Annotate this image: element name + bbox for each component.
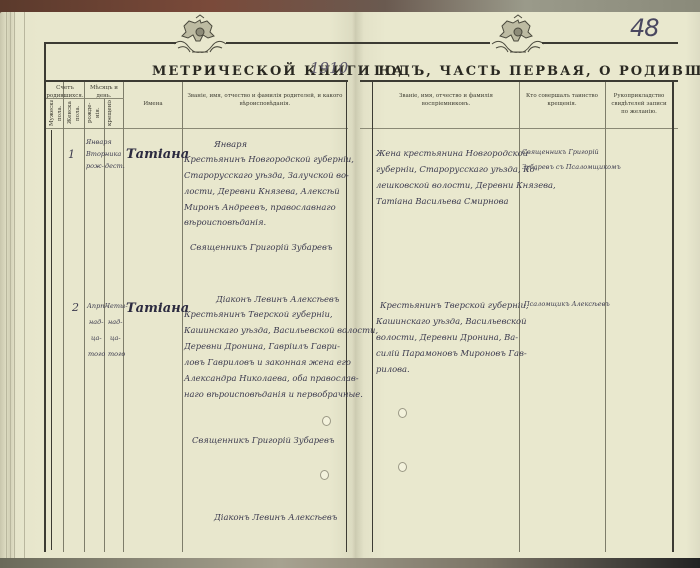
record-baptized-date-cont: над- [108,318,122,327]
page-stack-edge [6,12,7,560]
subheader-divider [46,98,124,99]
record-month: Января [86,138,112,147]
record-parents-line: Миронъ Андреевъ, православнаго [184,200,336,215]
record-clergy-signature: Священникъ Григорій Зубаревъ [190,240,332,255]
record-baptized-date: Четы- [105,302,128,311]
frame-top-line [226,42,490,44]
record-parents-line: Старорусскаго уѣзда, Залучской во- [184,168,349,183]
page-stack-edge [14,12,15,560]
record-clergy-signature: Священникъ Григорій Зубаревъ [192,433,334,448]
header-born: рожде-нія. [86,100,102,126]
page-title-right: ГОДЪ, ЧАСТЬ ПЕРВАЯ, О РОДИВШИХСЯ. [374,64,700,79]
record-born-date-cont: ца- [91,334,102,343]
record-deacon-signature: Діаконъ Левинъ Алексѣевъ [214,510,337,525]
header-birth-count: Счетъ родившихся. [46,84,84,98]
column-divider [605,82,606,552]
frame-top-line [542,42,678,44]
record-baptized-date: ника [105,150,121,159]
record-godparents-line: губерніи, Старорусскаго уѣзда, Ко- [376,162,538,177]
record-born-date: над- [89,318,103,327]
page-stack-edge [24,12,25,560]
record-parents-line: лости, Деревни Князева, Алексѣй [184,184,340,199]
record-born-date-cont: рож- [86,162,104,171]
record-number: 1 [68,147,75,162]
record-parents-line: Января [214,137,247,152]
record-born-date-cont: того [88,350,105,359]
record-godparents-line: силій Парамоновъ Мироновъ Гав- [376,346,527,361]
binding-hole [320,470,329,480]
record-godparents-line: Крестьянинъ Тверской губерніи, [380,298,529,313]
page-number: 48 [630,14,659,42]
record-parents-line: наго вѣроисповѣданія и первобрачные. [184,387,363,402]
book-bottom-edge [0,558,700,568]
record-performed-by-line: Псаломщикъ Алексѣевъ [524,300,610,309]
header-name: Имена родившихся. [124,100,182,110]
double-headed-eagle-icon [172,14,228,60]
record-godparents-line: лешковской волости, Деревни Князева, [376,178,556,193]
record-performed-by-line: Зубаревъ съ Псаломщикомъ [522,163,621,172]
binding-hole [398,408,407,418]
year-value: 1910 [310,59,348,77]
header-performed-by: Кто совершалъ таинство крещенія. [522,92,602,114]
record-parents-line: Крестьянинъ Новгородской губерніи, [184,152,354,167]
header-month-day: Мѣсяцъ и день. [85,84,123,98]
header-baptized: крещенія. [106,100,122,126]
record-godparents-line: волости, Деревни Дронина, Ва- [376,330,518,345]
column-divider [84,82,85,552]
record-godparents-line: рилова. [376,362,410,377]
record-parents-line: Крестьянинъ Тверской губерніи, [184,307,333,322]
column-divider [63,82,64,552]
frame-top-line [44,42,176,44]
record-number: 2 [72,300,79,315]
double-headed-eagle-icon [490,14,546,60]
record-parents-line: ловъ Гавриловъ и законная жена его [184,355,351,370]
table-header-top [46,80,348,82]
record-baptized-date-cont: дест. [105,162,125,171]
column-divider [51,130,52,550]
record-child-name: Татіана [126,147,189,162]
record-parents-line: Діаконъ Левинъ Алексѣевъ [216,292,339,307]
page-stack-edge [10,12,11,560]
record-parents-line: Деревни Дронина, Гавріилъ Гаври- [184,339,340,354]
column-divider [372,82,373,552]
header-female: Женска пола. [66,100,80,126]
record-parents-line: вѣроисповѣданія. [184,215,266,230]
header-signatures: Рукоприкладство свидѣтелей записи по жел… [607,92,671,114]
record-godparents-line: Татіана Васильева Смирнова [376,194,509,209]
binding-hole [398,462,407,472]
record-baptized-date-cont: ца- [110,334,121,343]
binding-hole [322,416,331,426]
header-godparents: Званіе, имя, отчество и фамилія воспріем… [376,92,516,114]
record-parents-line: Александра Николаева, оба православ- [184,371,359,386]
page-title-left: МЕТРИЧЕСКОЙ КНИГИ НА [152,64,405,79]
header-parents: Званіе, имя, отчество и фамилія родителе… [186,92,344,114]
table-header-bottom [46,128,348,129]
table-left-border [44,42,46,552]
record-child-name: Татіана [126,301,189,316]
record-baptized-date-cont: того [108,350,125,359]
column-divider [123,82,124,552]
header-male: Мужеска пола. [48,100,62,126]
table-right-border [672,82,674,552]
record-godparents-line: Кашинскаго уѣзда, Васильевской [376,314,526,329]
record-godparents-line: Жена крестьянина Новгородской [376,146,528,161]
record-performed-by-line: Священникъ Григорій [522,148,599,157]
record-parents-line: Кашинскаго уѣзда, Васильевской волости, [184,323,378,338]
